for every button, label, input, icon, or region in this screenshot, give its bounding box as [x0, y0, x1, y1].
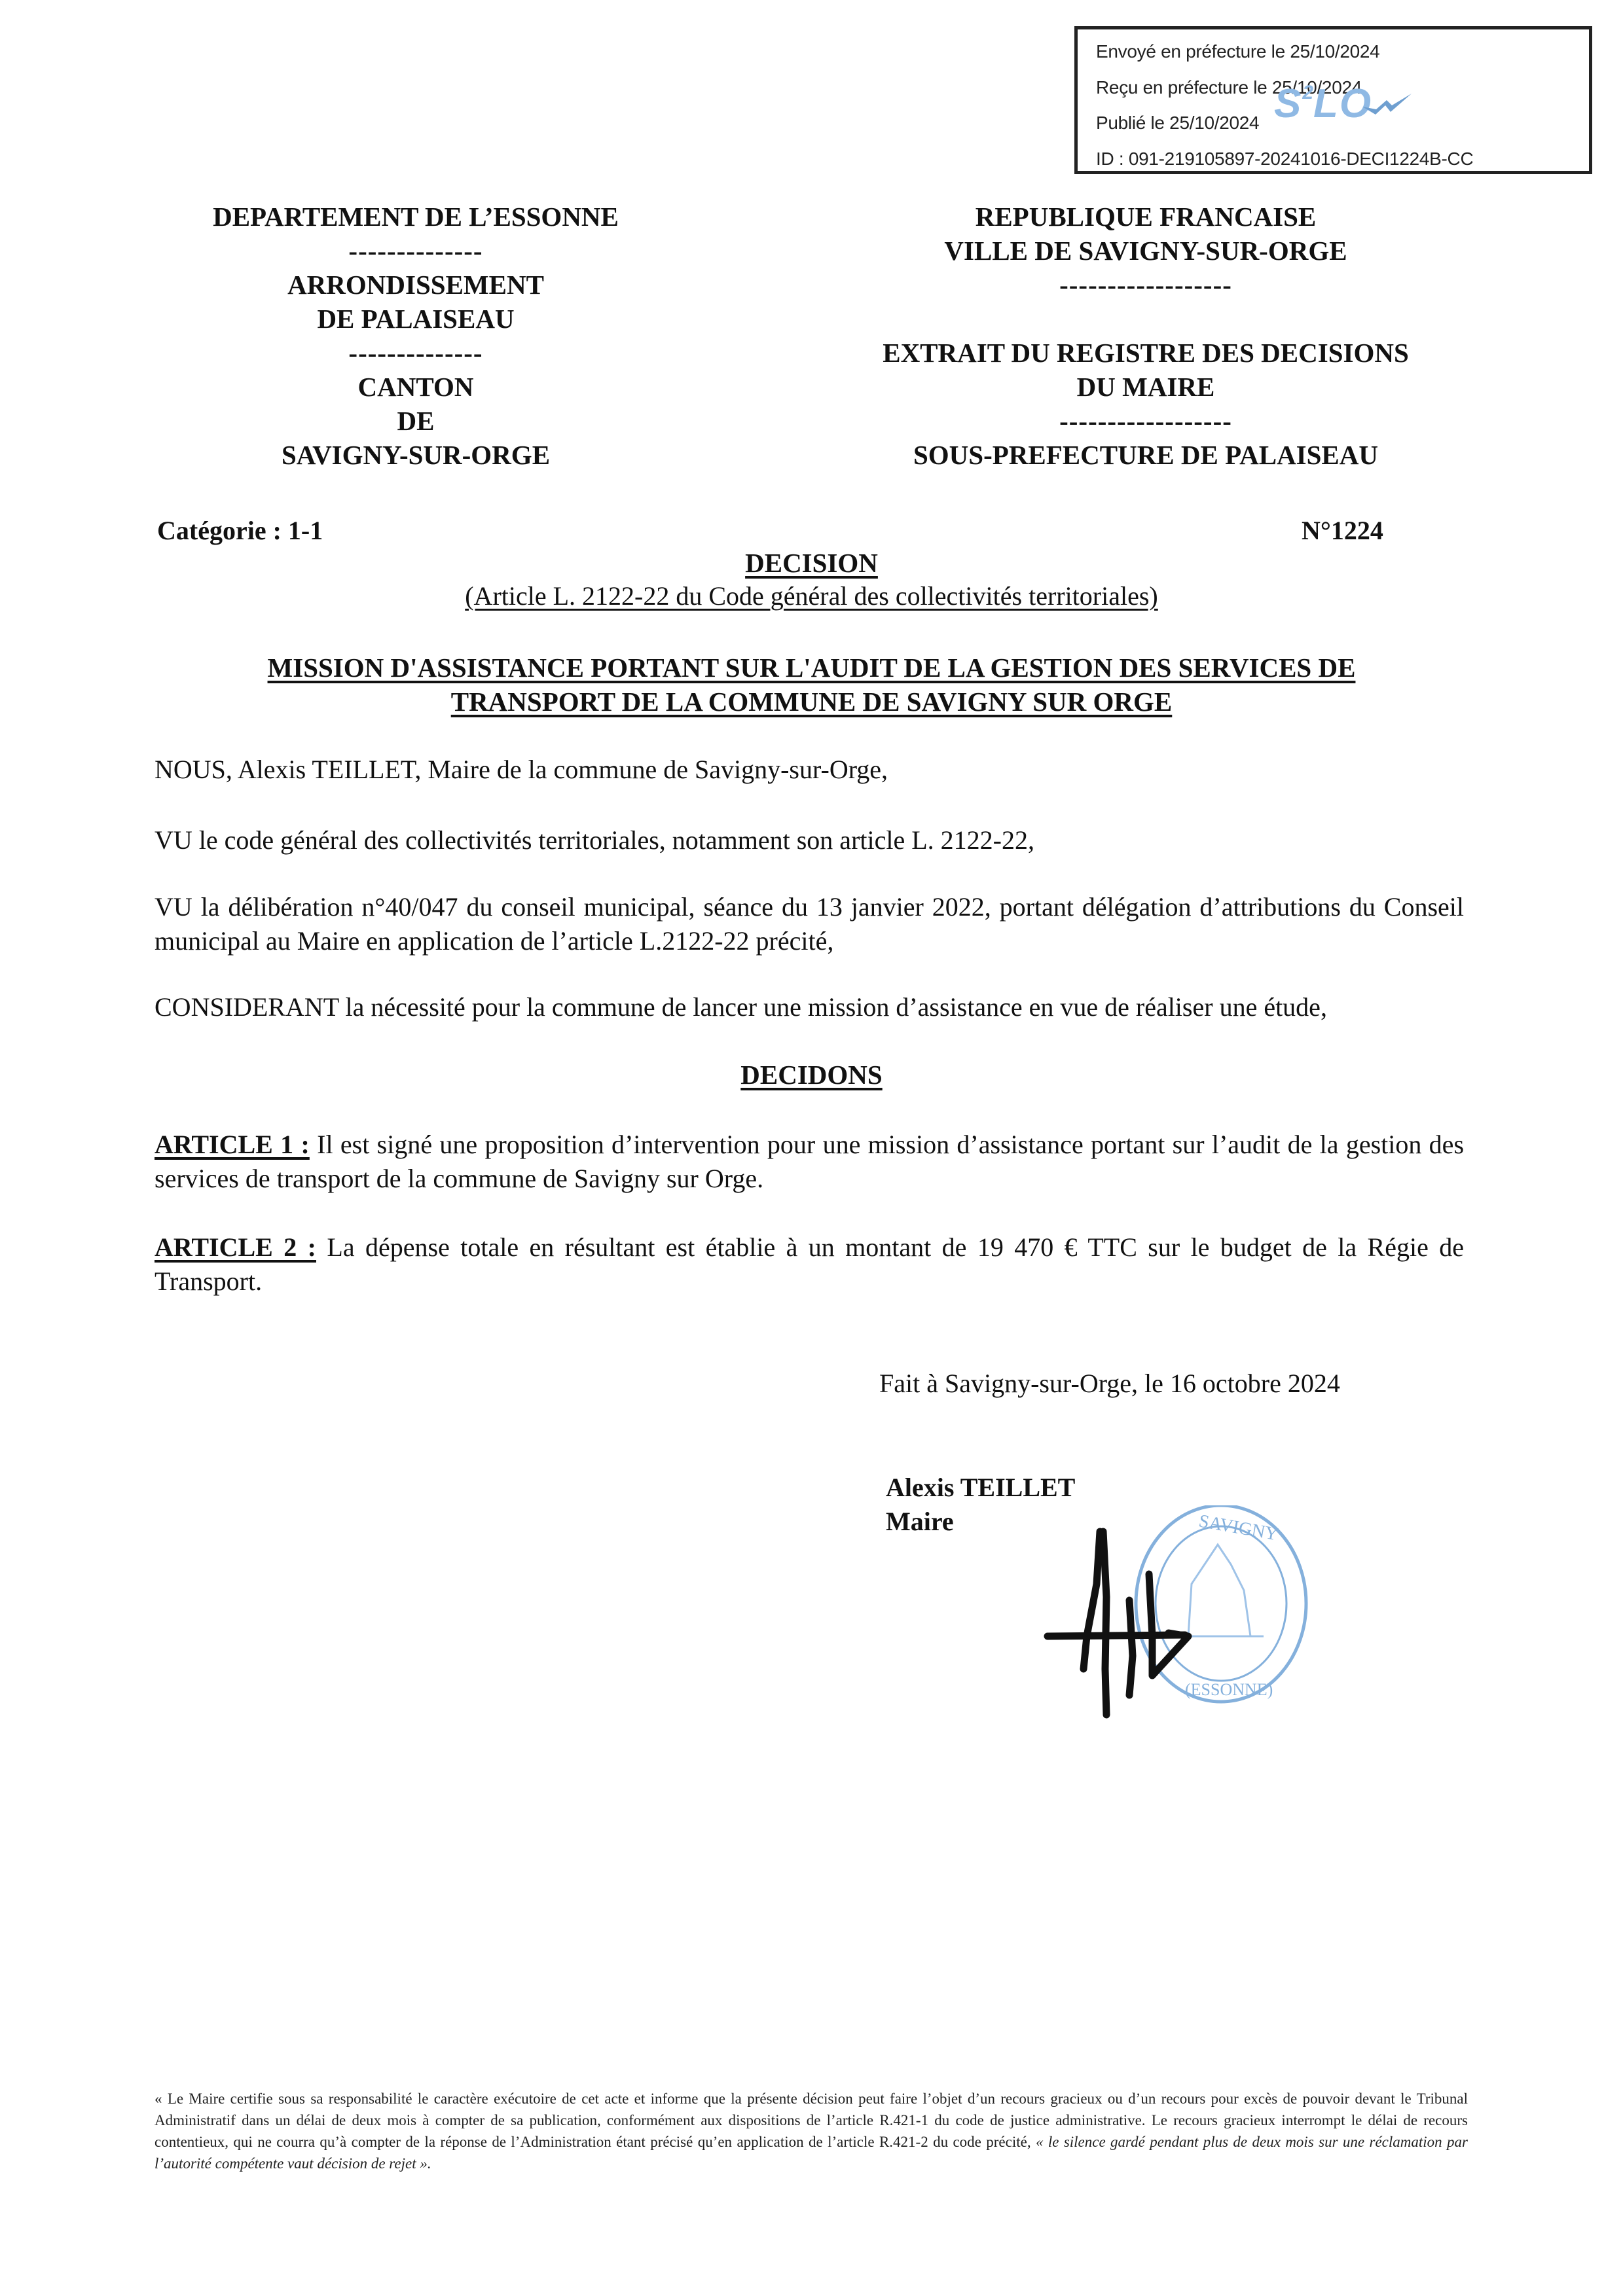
header-left: DEPARTEMENT DE L’ESSONNE -------------- …: [157, 200, 674, 472]
stamp-published-date: Publié le 25/10/2024: [1096, 113, 1259, 134]
separator: ------------------: [851, 404, 1440, 438]
arrondissement-label: ARRONDISSEMENT: [157, 268, 674, 302]
seal-icon: SAVIGNY (ESSONNE): [1136, 1505, 1306, 1702]
canton-name: SAVIGNY-SUR-ORGE: [157, 438, 674, 472]
prefecture-stamp: Envoyé en préfecture le 25/10/2024 Reçu …: [1074, 26, 1592, 174]
separator: --------------: [157, 234, 674, 268]
department-label: DEPARTEMENT DE L’ESSONNE: [157, 200, 674, 234]
svg-text:SAVIGNY: SAVIGNY: [1197, 1511, 1280, 1545]
decidons-heading: DECIDONS: [0, 1059, 1623, 1090]
nous-paragraph: NOUS, Alexis TEILLET, Maire de la commun…: [155, 753, 1464, 787]
header-right: REPUBLIQUE FRANCAISE VILLE DE SAVIGNY-SU…: [851, 200, 1440, 472]
legal-footer: « Le Maire certifie sous sa responsabili…: [155, 2088, 1468, 2174]
article-reference: (Article L. 2122-22 du Code général des …: [0, 581, 1623, 611]
canton-de: DE: [157, 404, 674, 438]
article-2: ARTICLE 2 : La dépense totale en résulta…: [155, 1230, 1464, 1299]
stamp-sent-date: Envoyé en préfecture le 25/10/2024: [1096, 41, 1379, 62]
register-subtitle: DU MAIRE: [851, 370, 1440, 404]
republic-label: REPUBLIQUE FRANCAISE: [851, 200, 1440, 234]
register-title: EXTRAIT DU REGISTRE DES DECISIONS: [851, 336, 1440, 370]
decision-number: N°1224: [1302, 515, 1383, 546]
vu-code-paragraph: VU le code général des collectivités ter…: [155, 823, 1464, 857]
signer-name: Alexis TEILLET: [886, 1471, 1075, 1505]
subprefecture-label: SOUS-PREFECTURE DE PALAISEAU: [851, 438, 1440, 472]
stamp-id: ID : 091-219105897-20241016-DECI1224B-CC: [1096, 149, 1473, 170]
decision-heading: DECISION: [0, 547, 1623, 579]
category-label: Catégorie : 1-1: [157, 515, 323, 546]
mission-title: MISSION D'ASSISTANCE PORTANT SUR L'AUDIT…: [0, 651, 1623, 719]
separator: ------------------: [851, 268, 1440, 302]
city-label: VILLE DE SAVIGNY-SUR-ORGE: [851, 234, 1440, 268]
signature-place-date: Fait à Savigny-sur-Orge, le 16 octobre 2…: [879, 1368, 1340, 1399]
separator: --------------: [157, 336, 674, 370]
article-1: ARTICLE 1 : Il est signé une proposition…: [155, 1128, 1464, 1196]
signature-and-seal-icon: SAVIGNY (ESSONNE): [1021, 1505, 1309, 1728]
s2low-logo-icon: S2LO: [1274, 81, 1418, 126]
considerant-paragraph: CONSIDERANT la nécessité pour la commune…: [155, 990, 1464, 1024]
svg-text:(ESSONNE): (ESSONNE): [1185, 1680, 1273, 1699]
canton-label: CANTON: [157, 370, 674, 404]
vu-deliberation-paragraph: VU la délibération n°40/047 du conseil m…: [155, 890, 1464, 958]
arrondissement-name: DE PALAISEAU: [157, 302, 674, 336]
